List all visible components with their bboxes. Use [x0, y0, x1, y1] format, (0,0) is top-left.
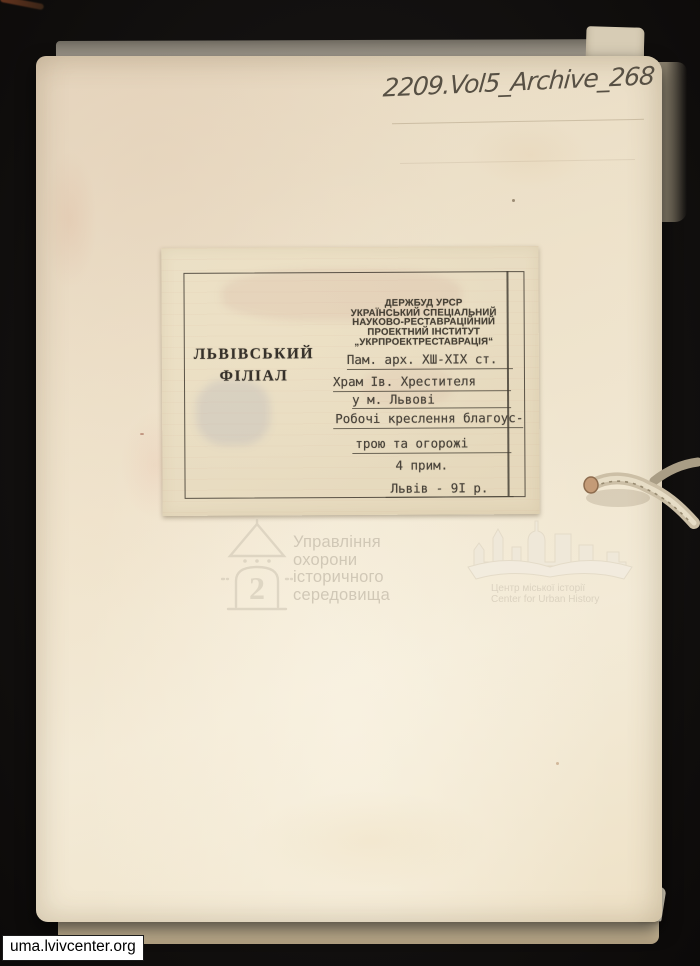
urban-history-watermark-text: Центр міської історії Center for Urban H… — [491, 583, 599, 605]
field-work-title-2: трою та огорожі — [355, 435, 468, 451]
branch-line-2: ФІЛІАЛ — [188, 365, 320, 388]
archive-photo-stage: 2209.Vol5_Archive_268 ЛЬВІВСЬКИЙ ФІЛІАЛ … — [0, 0, 700, 966]
speck — [140, 433, 144, 435]
scratch-mark — [0, 0, 44, 10]
field-copies: 4 прим. — [395, 457, 448, 472]
speck — [512, 199, 515, 202]
wm-line: середовища — [293, 587, 390, 605]
branch-name: ЛЬВІВСЬКИЙ ФІЛІАЛ — [188, 343, 320, 388]
wm-line: Center for Urban History — [491, 594, 599, 605]
wm-line: Центр міської історії — [491, 583, 599, 594]
branch-line-1: ЛЬВІВСЬКИЙ — [188, 343, 320, 366]
field-object-name: Храм Ів. Хрестителя — [333, 373, 476, 389]
svg-text:2: 2 — [249, 570, 265, 606]
field-monument: Пам. арх. ХШ-ХІХ ст. — [347, 351, 498, 367]
org-line: „УКРПРОЕКТРЕСТАВРАЦІЯ“ — [338, 337, 510, 348]
wm-line: охорони — [293, 552, 390, 570]
field-work-title-1: Робочі креслення благоус- — [335, 410, 523, 426]
speck — [556, 762, 559, 765]
wm-line: Управління — [293, 534, 390, 552]
heritage-tower-icon: 2 — [221, 519, 293, 613]
stain — [42, 150, 97, 290]
institute-label: ЛЬВІВСЬКИЙ ФІЛІАЛ ДЕРЖБУД УРСР УКРАЇНСЬК… — [161, 246, 539, 516]
heritage-office-watermark-text: Управління охорони історичного середовищ… — [293, 534, 390, 604]
field-place-year: Львів - 9І р. — [391, 480, 489, 496]
field-object-city: у м. Львові — [352, 392, 435, 407]
wm-line: історичного — [293, 569, 390, 587]
institute-name: ДЕРЖБУД УРСР УКРАЇНСЬКИЙ СПЕЦІАЛЬНИЙ НАУ… — [338, 298, 510, 347]
footer-url-badge: uma.lvivcenter.org — [2, 935, 144, 961]
field-underline — [386, 496, 514, 498]
stain — [250, 790, 490, 890]
folder-tie-string — [580, 443, 700, 541]
stain — [470, 120, 590, 190]
